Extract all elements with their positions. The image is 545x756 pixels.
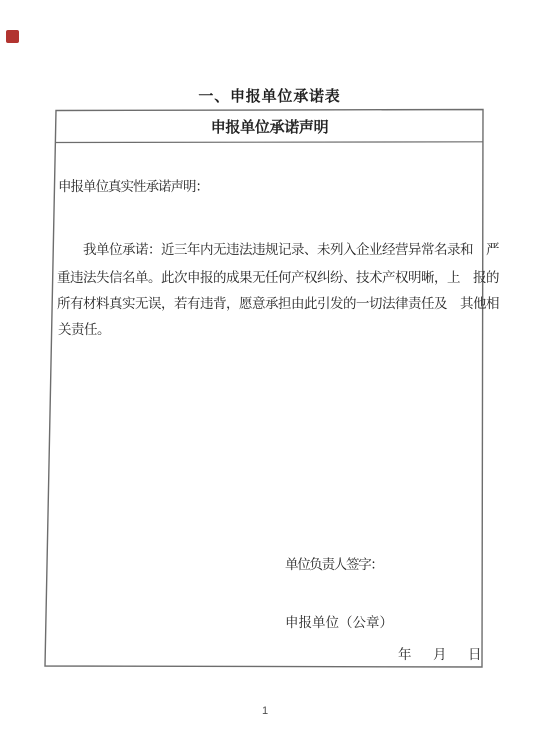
paragraph-line: 我单位承诺：近三年内无违法违规记录、未列入企业经营异常名录和 严: [83, 242, 499, 257]
paragraph-line: 所有材料真实无误，若有违背，愿意承担由此引发的一切法律责任及 其他相: [57, 296, 499, 311]
page-number: 1: [258, 705, 272, 717]
declaration-heading: 申报单位真实性承诺声明：: [58, 179, 208, 194]
document-page: 一、申报单位承诺表 申报单位承诺声明 申报单位真实性承诺声明： 我单位承诺：近三…: [0, 0, 545, 756]
date-line: 年 月 日: [398, 647, 486, 662]
unit-seal-label: 申报单位（公章）: [285, 615, 393, 630]
paragraph-line: 重违法失信名单。此次申报的成果无任何产权纠纷、技术产权明晰，上 报的: [57, 270, 499, 285]
paragraph-line: 关责任。: [58, 322, 110, 337]
table-header-cell: 申报单位承诺声明: [56, 111, 483, 142]
page-title: 一、申报单位承诺表: [56, 85, 483, 106]
red-stamp-mark: [6, 30, 19, 43]
signer-signature-label: 单位负责人签字：: [285, 557, 383, 572]
